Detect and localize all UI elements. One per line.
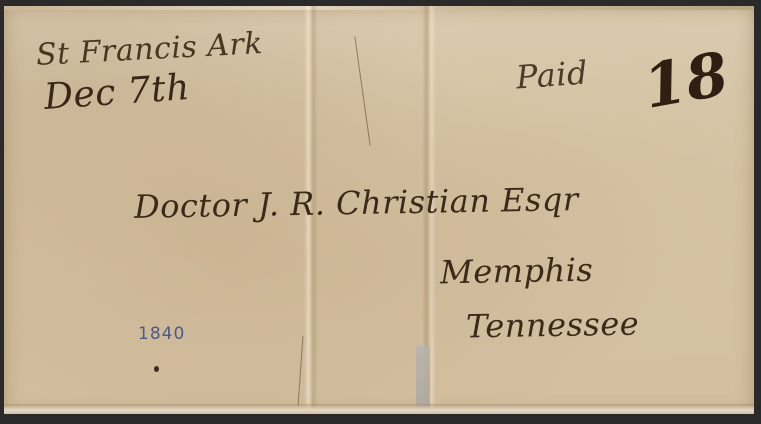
addressee: Doctor J. R. Christian Esqr xyxy=(134,180,579,226)
origin-postmark: St Francis Ark xyxy=(35,26,264,73)
rate-label: Paid xyxy=(515,54,589,97)
bottom-edge xyxy=(4,404,754,414)
rate-value: 18 xyxy=(639,39,734,123)
address-state: Tennessee xyxy=(466,304,640,345)
paper-crack xyxy=(354,36,370,145)
top-edge xyxy=(4,6,754,10)
address-city: Memphis xyxy=(440,251,594,292)
year-annotation: 1840 xyxy=(138,324,185,344)
ink-spot xyxy=(154,366,159,372)
paper-crack xyxy=(298,336,304,406)
postmark-date: Dec 7th xyxy=(43,67,191,118)
letter-cover: St Francis Ark Dec 7th Paid 18 Doctor J.… xyxy=(4,6,754,414)
